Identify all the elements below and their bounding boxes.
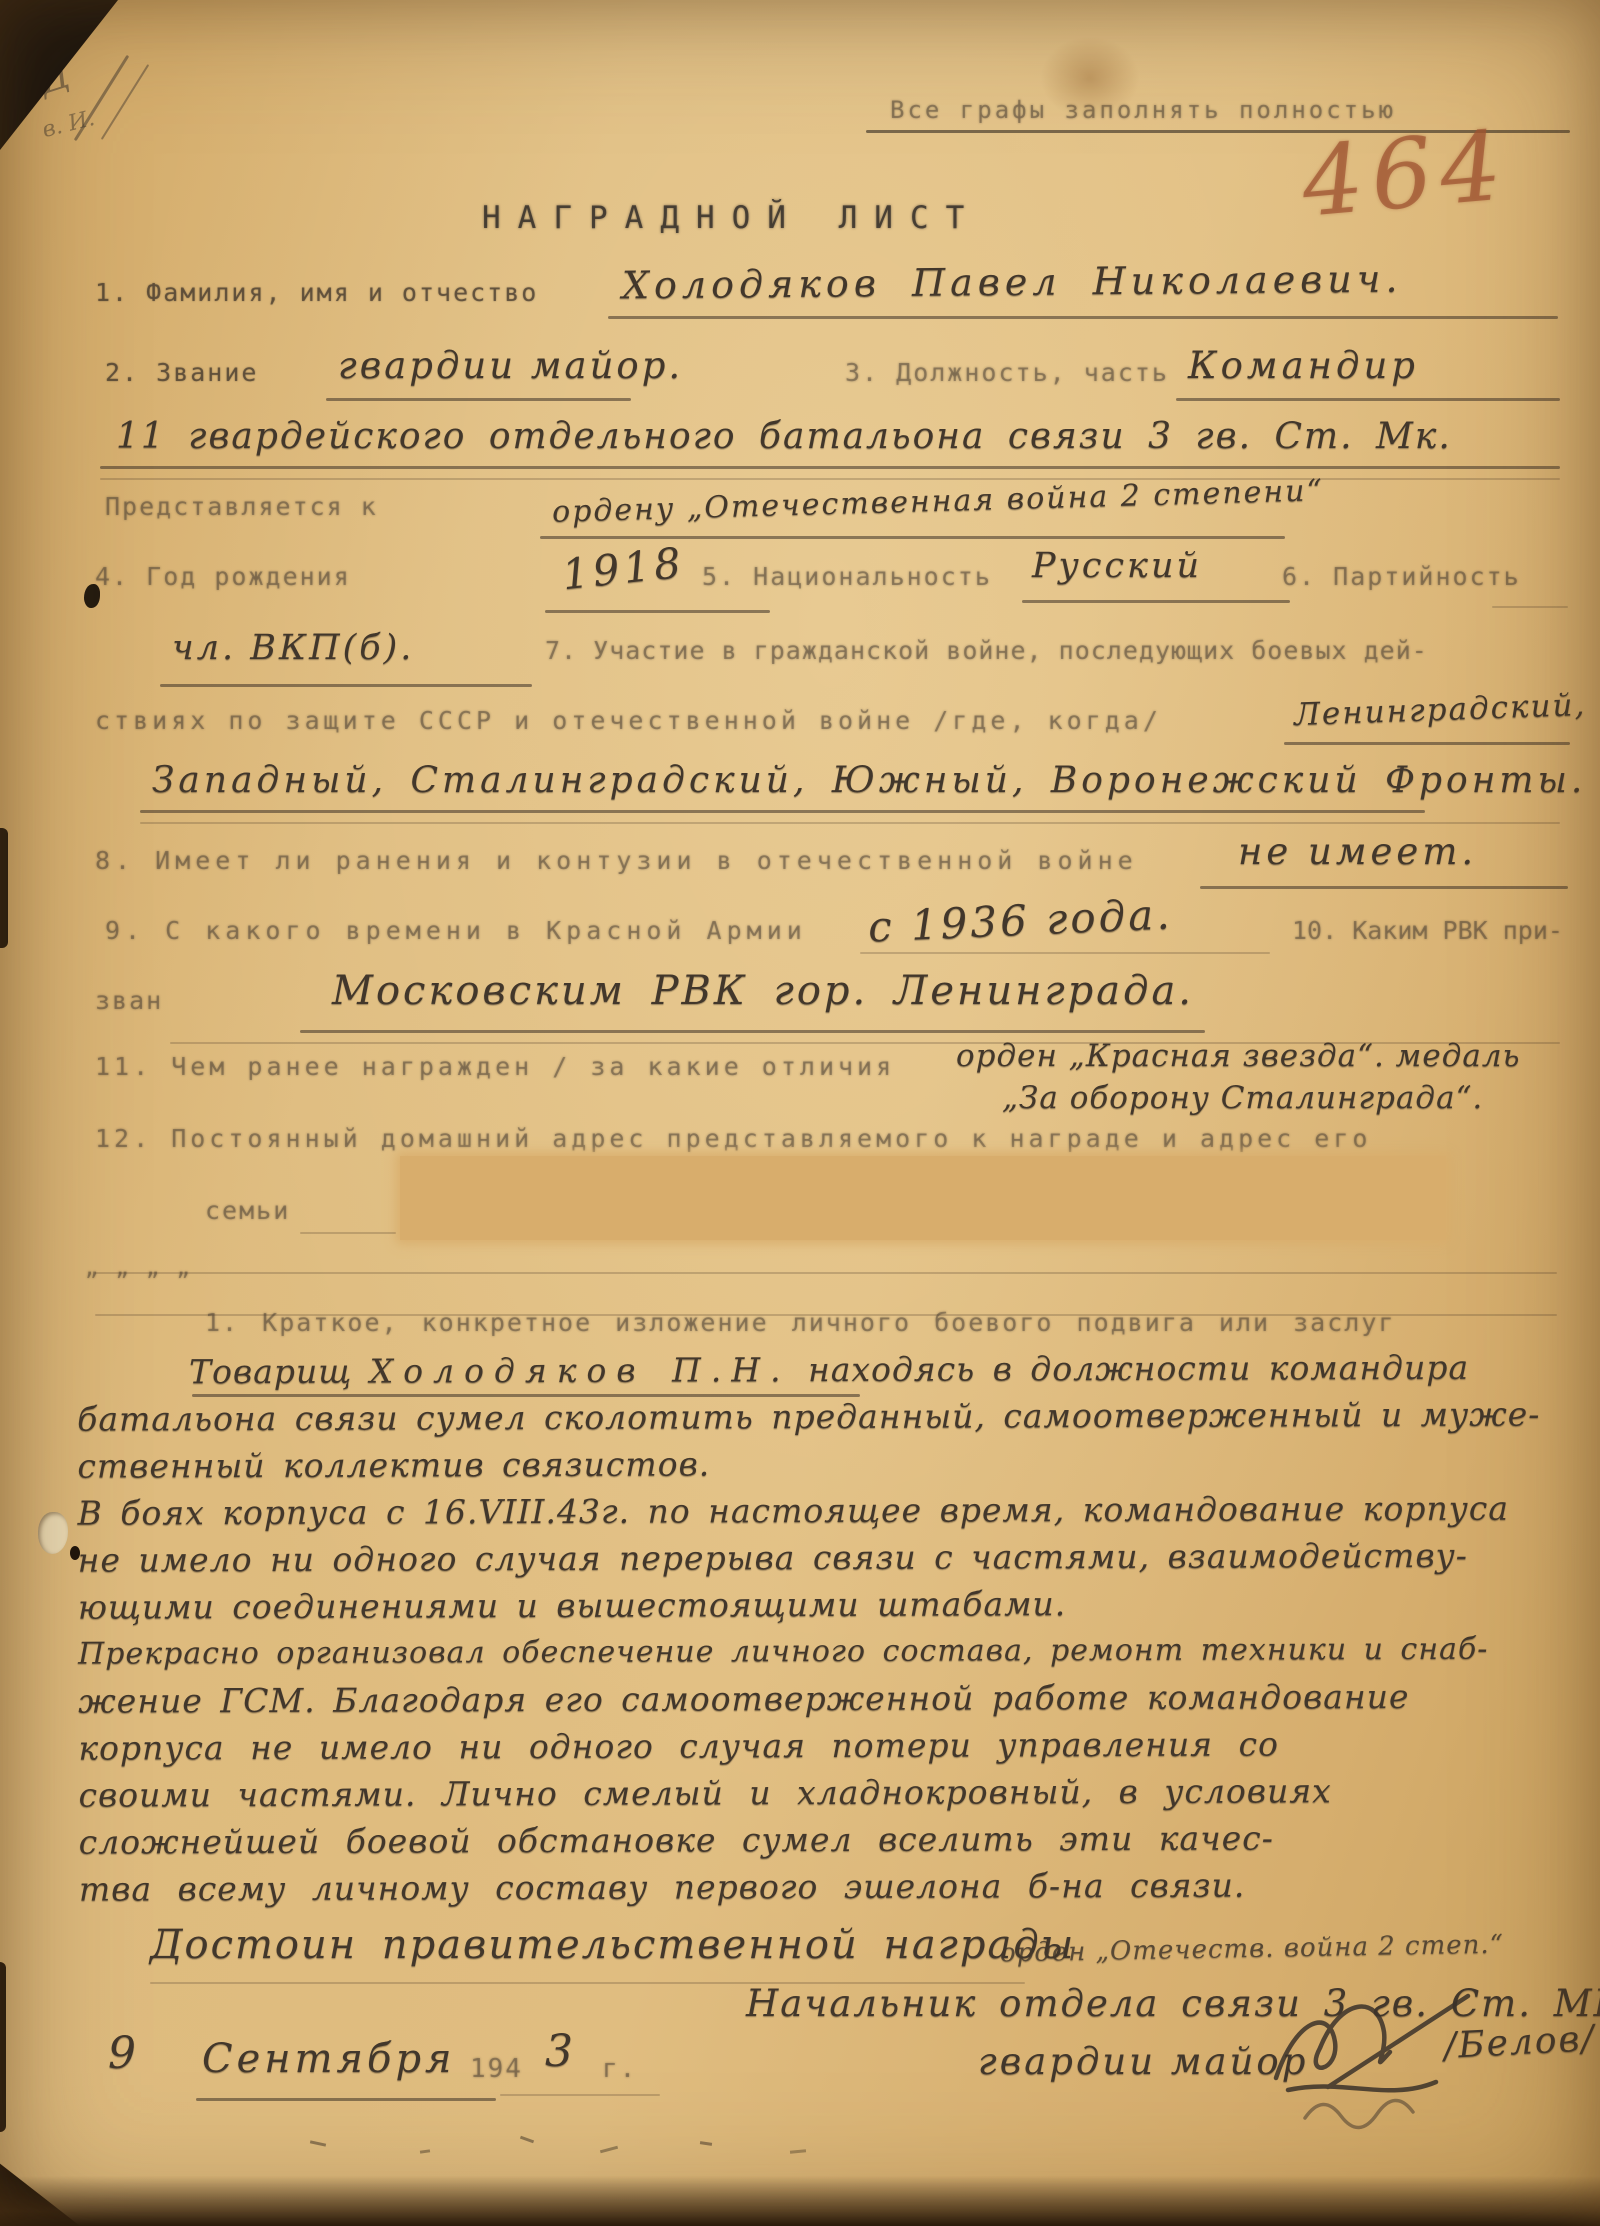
underline bbox=[100, 466, 1560, 469]
feat-line1-lead: Товарищ bbox=[189, 1352, 352, 1392]
faint-rule bbox=[95, 1272, 1557, 1274]
paper-stain bbox=[1040, 36, 1140, 120]
field-position-label: 3. Должность, часть bbox=[845, 358, 1169, 387]
underline bbox=[196, 2098, 496, 2101]
feat-line: Прекрасно организовал обеспечение личног… bbox=[78, 1625, 1583, 1677]
feat-section-header: 1. Краткое, конкретное изложение личного… bbox=[205, 1308, 1395, 1337]
drafted-by-value: Московским РВК гор. Ленинграда. bbox=[332, 968, 1194, 1014]
nationality-value: Русский bbox=[1032, 546, 1202, 586]
underline bbox=[326, 398, 631, 401]
feat-line: Товарищ Холодяков П.Н. находясь в должно… bbox=[77, 1343, 1582, 1395]
army-since-label: 9. С какого времени в Красной Армии bbox=[105, 916, 807, 945]
field-position-value: Командир bbox=[1188, 344, 1419, 387]
field-name-label: 1. Фамилия, имя и отчество bbox=[95, 278, 538, 307]
party-label: 6. Партийность bbox=[1282, 562, 1521, 591]
date-day: 9 bbox=[108, 2028, 138, 2079]
wounds-value: не имеет. bbox=[1238, 830, 1477, 873]
feat-line: В боях корпуса с 16.VIII.43г. по настоящ… bbox=[78, 1484, 1583, 1536]
underline bbox=[140, 810, 1425, 813]
feat-line: не имело ни одного случая перерыва связи… bbox=[78, 1531, 1583, 1583]
underline bbox=[540, 536, 1285, 539]
scanned-award-sheet: Все графы заполнять полностью НАГРАДНОЙ … bbox=[0, 0, 1600, 2226]
underline bbox=[1284, 742, 1570, 745]
faint-rule bbox=[1492, 606, 1568, 608]
signer-name: /Белов/ bbox=[1443, 2018, 1597, 2067]
feat-line: корпуса не имело ни одного случая потери… bbox=[78, 1719, 1583, 1771]
date-year-typed: 194 bbox=[470, 2054, 523, 2084]
underline bbox=[160, 684, 532, 687]
faint-rule bbox=[500, 2094, 660, 2096]
nationality-label: 5. Национальность bbox=[702, 562, 992, 591]
feat-line: своими частями. Лично смелый и хладнокро… bbox=[78, 1766, 1583, 1818]
field-rank-label: 2. Звание bbox=[105, 358, 258, 387]
scan-edge-shadow bbox=[0, 828, 8, 948]
field-position-value-line2: 11 гвардейского отдельного батальона свя… bbox=[116, 416, 1452, 457]
drafted-by-label-line1: 10. Каким РВК при- bbox=[1292, 916, 1563, 945]
feat-line: ющими соединениями и вышестоящими штабам… bbox=[78, 1578, 1583, 1630]
underline bbox=[300, 1030, 1205, 1033]
ditto-marks: „ „ „ „ bbox=[85, 1256, 192, 1281]
date-year-handwritten: 3 bbox=[545, 2026, 575, 2077]
underline bbox=[1176, 398, 1560, 401]
underline bbox=[545, 610, 770, 613]
scan-edge-shadow bbox=[0, 1962, 6, 2132]
date-suffix: г. bbox=[602, 2054, 637, 2084]
feat-line: жение ГСМ. Благодаря его самоотверженной… bbox=[78, 1672, 1583, 1724]
party-value: чл. ВКП(б). bbox=[172, 628, 414, 668]
feat-line1-rest: находясь в должности командира bbox=[808, 1348, 1469, 1389]
birth-year-label: 4. Год рождения bbox=[95, 562, 351, 591]
presented-for-label: Представляется к bbox=[105, 492, 378, 521]
feat-line1-name: Холодяков П.Н. bbox=[370, 1350, 791, 1390]
redacted-address-block bbox=[400, 1156, 1446, 1240]
home-address-label-line2: семьи bbox=[205, 1196, 290, 1225]
previous-awards-label: 11. Чем ранее награжден / за какие отлич… bbox=[95, 1052, 895, 1081]
document-title: НАГРАДНОЙ ЛИСТ bbox=[482, 200, 981, 236]
field-name-value: Холодяков Павел Николаевич. bbox=[622, 257, 1403, 308]
war-participation-label-line2: ствиях по защите СССР и отечественной во… bbox=[95, 706, 1162, 735]
feat-line: тва всему личному составу первого эшелон… bbox=[79, 1860, 1584, 1912]
previous-awards-value-line2: „За оборону Сталинграда“. bbox=[1002, 1080, 1483, 1116]
wounds-label: 8. Имеет ли ранения и контузии в отечест… bbox=[95, 846, 1138, 875]
archive-number-handwritten: 464 bbox=[1298, 109, 1514, 239]
signature-flourish bbox=[1300, 2088, 1440, 2138]
feat-line: ственный коллектив связистов. bbox=[77, 1437, 1582, 1489]
scan-bottom-shadow bbox=[0, 2176, 1600, 2226]
field-rank-value: гвардии майор. bbox=[338, 344, 683, 387]
underline bbox=[1022, 600, 1290, 603]
date-month: Сентября bbox=[202, 2036, 456, 2082]
feat-line: батальона связи сумел сколотить преданны… bbox=[77, 1390, 1582, 1442]
drafted-by-label-line2: зван bbox=[95, 986, 163, 1015]
previous-awards-value-line1: орден „Красная звезда“. медаль bbox=[956, 1038, 1520, 1074]
faint-rule bbox=[860, 952, 1270, 954]
underline bbox=[192, 1394, 860, 1397]
faint-rule bbox=[300, 1232, 396, 1234]
underline bbox=[608, 316, 1558, 319]
faint-rule bbox=[100, 478, 1560, 480]
fill-all-fields-instruction: Все графы заполнять полностью bbox=[890, 96, 1396, 124]
war-participation-label-line1: 7. Участие в гражданской войне, последую… bbox=[545, 636, 1428, 665]
worthy-of-award-text: Достоин правительственной награды bbox=[150, 1922, 1075, 1968]
paper-speck bbox=[70, 1546, 80, 1560]
home-address-label-line1: 12. Постоянный домашний адрес представля… bbox=[95, 1124, 1371, 1153]
underline bbox=[1200, 886, 1568, 889]
feat-description: Товарищ Холодяков П.Н. находясь в должно… bbox=[77, 1343, 1584, 1912]
fronts-value-line2: Западный, Сталинградский, Южный, Воронеж… bbox=[152, 760, 1586, 801]
faint-rule bbox=[140, 822, 1560, 824]
feat-line: сложнейшей боевой обстановке сумел всели… bbox=[79, 1813, 1584, 1865]
